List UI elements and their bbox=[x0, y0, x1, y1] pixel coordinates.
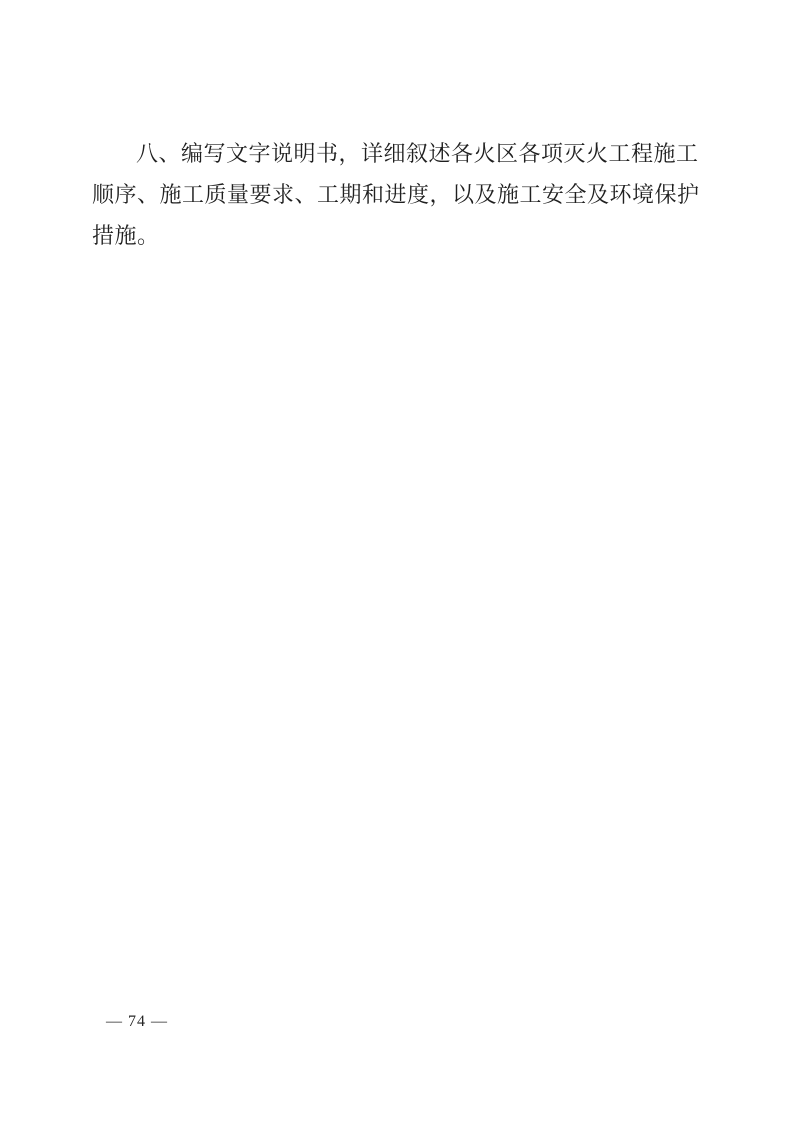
paragraph-line-2: 顺序、施工质量要求、工期和进度，以及施工安全及环境保护 bbox=[92, 174, 694, 215]
paragraph-line-1: 八、编写文字说明书，详细叙述各火区各项灭火工程施工 bbox=[92, 133, 694, 174]
document-page: 八、编写文字说明书，详细叙述各火区各项灭火工程施工 顺序、施工质量要求、工期和进… bbox=[0, 0, 793, 1122]
page-number: — 74 — bbox=[106, 1012, 168, 1032]
paragraph-line-3: 措施。 bbox=[92, 215, 694, 256]
paragraph: 八、编写文字说明书，详细叙述各火区各项灭火工程施工 顺序、施工质量要求、工期和进… bbox=[92, 133, 694, 256]
